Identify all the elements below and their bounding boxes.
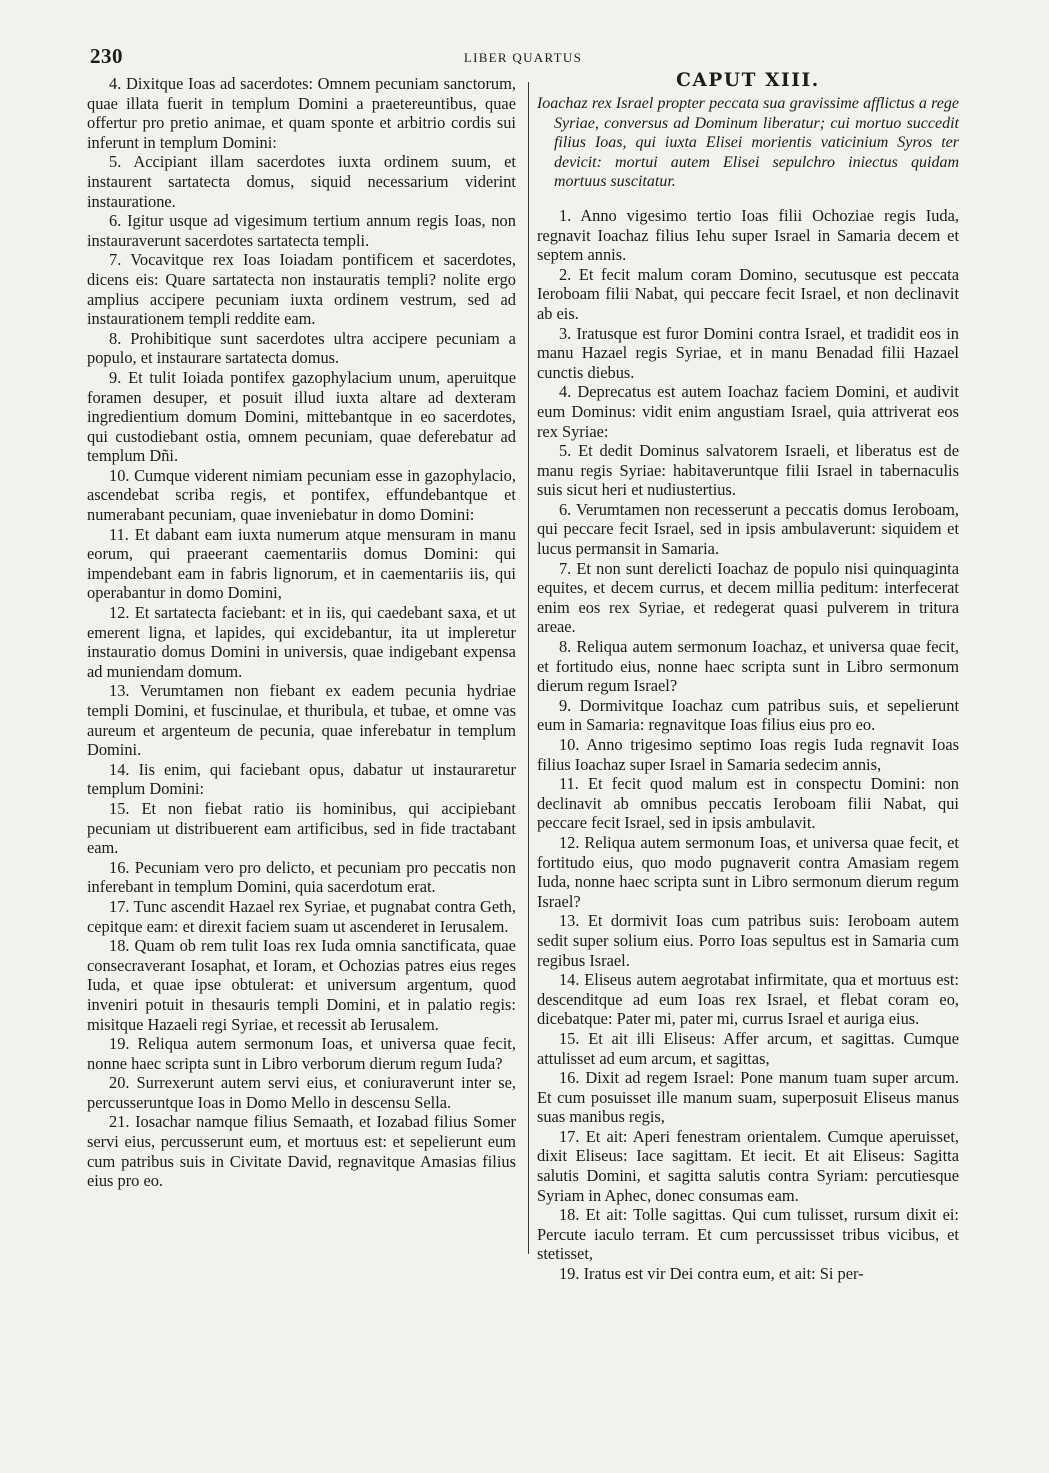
verse-text: Reliqua autem sermonum Ioachaz, et unive… <box>537 637 959 695</box>
verse-number: 3. <box>559 324 571 343</box>
verse: 7. Vocavitque rex Ioas Ioiadam pontifice… <box>87 250 516 328</box>
verse-number: 2. <box>559 265 571 284</box>
verse-number: 8. <box>109 329 121 348</box>
verse-number: 6. <box>109 211 121 230</box>
verse: 5. Accipiant illam sacerdotes iuxta ordi… <box>87 152 516 211</box>
verse-number: 16. <box>559 1068 580 1087</box>
verse-text: Iis enim, qui faciebant opus, dabatur ut… <box>87 760 516 799</box>
verse-text: Accipiant illam sacerdotes iuxta ordinem… <box>87 152 516 210</box>
verse: 10. Cumque viderent nimiam pecuniam esse… <box>87 466 516 525</box>
verse: 12. Reliqua autem sermonum Ioas, et univ… <box>537 833 959 911</box>
verse-text: Verumtamen non fiebant ex eadem pecunia … <box>87 681 516 759</box>
verse-number: 6. <box>559 500 571 519</box>
verse: 13. Verumtamen non fiebant ex eadem pecu… <box>87 681 516 759</box>
verse-text: Reliqua autem sermonum Ioas, et universa… <box>87 1034 516 1073</box>
verse: 2. Et fecit malum coram Domino, secutusq… <box>537 265 959 324</box>
verse-number: 1. <box>559 206 571 225</box>
verse-text: Quam ob rem tulit Ioas rex Iuda omnia sa… <box>87 936 516 1033</box>
verse: 18. Quam ob rem tulit Ioas rex Iuda omni… <box>87 936 516 1034</box>
verse-number: 13. <box>109 681 130 700</box>
verse-number: 18. <box>559 1205 580 1224</box>
verse-text: Reliqua autem sermonum Ioas, et universa… <box>537 833 959 911</box>
verse-text: Iratus est vir Dei contra eum, et ait: S… <box>584 1264 864 1283</box>
book-page: 230 LIBER QUARTUS 4. Dixitque Ioas ad sa… <box>87 44 959 1284</box>
verse: 11. Et fecit quod malum est in conspectu… <box>537 774 959 833</box>
verse-text: Anno vigesimo tertio Ioas filii Ochoziae… <box>537 206 959 264</box>
verse-number: 13. <box>559 911 580 930</box>
verse: 5. Et dedit Dominus salvatorem Israeli, … <box>537 441 959 500</box>
verse-number: 15. <box>559 1029 580 1048</box>
running-head: LIBER QUARTUS <box>87 50 959 66</box>
verse-number: 16. <box>109 858 130 877</box>
chapter-title: CAPUT XIII. <box>537 70 959 91</box>
verse-text: Et non sunt derelicti Ioachaz de populo … <box>537 559 959 637</box>
verse-text: Et ait illi Eliseus: Affer arcum, et sag… <box>537 1029 959 1068</box>
verse: 6. Igitur usque ad vigesimum tertium ann… <box>87 211 516 250</box>
verse: 13. Et dormivit Ioas cum patribus suis: … <box>537 911 959 970</box>
verse-number: 10. <box>559 735 580 754</box>
verse-number: 7. <box>559 559 571 578</box>
verse: 8. Reliqua autem sermonum Ioachaz, et un… <box>537 637 959 696</box>
verse-text: Dixit ad regem Israel: Pone manum tuam s… <box>537 1068 959 1126</box>
verse-text: Prohibitique sunt sacerdotes ultra accip… <box>87 329 516 368</box>
verse-text: Dixitque Ioas ad sacerdotes: Omnem pecun… <box>87 74 516 152</box>
verse-number: 11. <box>109 525 129 544</box>
verse-text: Et tulit Ioiada pontifex gazophylacium u… <box>87 368 516 465</box>
verse: 19. Reliqua autem sermonum Ioas, et univ… <box>87 1034 516 1073</box>
verse-number: 4. <box>109 74 121 93</box>
verse-text: Eliseus autem aegrotabat infirmitate, qu… <box>537 970 959 1028</box>
column-divider <box>528 82 529 1254</box>
verse: 15. Et non fiebat ratio iis hominibus, q… <box>87 799 516 858</box>
verse: 9. Dormivitque Ioachaz cum patribus suis… <box>537 696 959 735</box>
verse-text: Et fecit malum coram Domino, secutusque … <box>537 265 959 323</box>
verse-number: 9. <box>559 696 571 715</box>
verse-number: 11. <box>559 774 579 793</box>
verse: 21. Iosachar namque filius Semaath, et I… <box>87 1112 516 1190</box>
verse: 17. Tunc ascendit Hazael rex Syriae, et … <box>87 897 516 936</box>
verse: 16. Pecuniam vero pro delicto, et pecuni… <box>87 858 516 897</box>
verse-number: 19. <box>109 1034 130 1053</box>
verse-number: 5. <box>109 152 121 171</box>
left-column: 4. Dixitque Ioas ad sacerdotes: Omnem pe… <box>87 74 522 1284</box>
verse-text: Et dabant eam iuxta numerum atque mensur… <box>87 525 516 603</box>
verse-text: Pecuniam vero pro delicto, et pecuniam p… <box>87 858 516 897</box>
verse-number: 18. <box>109 936 130 955</box>
verse: 6. Verumtamen non recesserunt a peccatis… <box>537 500 959 559</box>
verse: 8. Prohibitique sunt sacerdotes ultra ac… <box>87 329 516 368</box>
verse-text: Anno trigesimo septimo Ioas regis Iuda r… <box>537 735 959 774</box>
verse-number: 10. <box>109 466 130 485</box>
verse: 4. Deprecatus est autem Ioachaz faciem D… <box>537 382 959 441</box>
verse-number: 14. <box>109 760 130 779</box>
verse-number: 17. <box>559 1127 580 1146</box>
verse-text: Et dedit Dominus salvatorem Israeli, et … <box>537 441 959 499</box>
verse-text: Et sartatecta faciebant: et in iis, qui … <box>87 603 516 681</box>
verse: 16. Dixit ad regem Israel: Pone manum tu… <box>537 1068 959 1127</box>
verse: 12. Et sartatecta faciebant: et in iis, … <box>87 603 516 681</box>
verse-text: Dormivitque Ioachaz cum patribus suis, e… <box>537 696 959 735</box>
verse-number: 4. <box>559 382 571 401</box>
verse-number: 20. <box>109 1073 130 1092</box>
two-column-body: 4. Dixitque Ioas ad sacerdotes: Omnem pe… <box>87 74 959 1284</box>
verse-number: 17. <box>109 897 130 916</box>
verse-number: 21. <box>109 1112 130 1131</box>
verse: 11. Et dabant eam iuxta numerum atque me… <box>87 525 516 603</box>
verse-number: 15. <box>109 799 130 818</box>
verse: 19. Iratus est vir Dei contra eum, et ai… <box>537 1264 959 1284</box>
verse-number: 12. <box>109 603 130 622</box>
verse-text: Vocavitque rex Ioas Ioiadam pontificem e… <box>87 250 516 328</box>
right-column: CAPUT XIII. Ioachaz rex Israel propter p… <box>537 74 959 1284</box>
verse: 15. Et ait illi Eliseus: Affer arcum, et… <box>537 1029 959 1068</box>
verse: 18. Et ait: Tolle sagittas. Qui cum tuli… <box>537 1205 959 1264</box>
verse-text: Verumtamen non recesserunt a peccatis do… <box>537 500 959 558</box>
verse-number: 9. <box>109 368 121 387</box>
verse-text: Iratusque est furor Domini contra Israel… <box>537 324 959 382</box>
verse-text: Et ait: Aperi fenestram orientalem. Cumq… <box>537 1127 959 1205</box>
verse-text: Et dormivit Ioas cum patribus suis: Iero… <box>537 911 959 969</box>
right-verses: 1. Anno vigesimo tertio Ioas filii Ochoz… <box>537 206 959 1284</box>
verse: 3. Iratusque est furor Domini contra Isr… <box>537 324 959 383</box>
verse-text: Iosachar namque filius Semaath, et Iozab… <box>87 1112 516 1190</box>
verse: 4. Dixitque Ioas ad sacerdotes: Omnem pe… <box>87 74 516 152</box>
verse: 14. Iis enim, qui faciebant opus, dabatu… <box>87 760 516 799</box>
verse-number: 12. <box>559 833 580 852</box>
verse: 10. Anno trigesimo septimo Ioas regis Iu… <box>537 735 959 774</box>
verse-text: Surrexerunt autem servi eius, et coniura… <box>87 1073 516 1112</box>
verse-text: Et non fiebat ratio iis hominibus, qui a… <box>87 799 516 857</box>
verse-text: Tunc ascendit Hazael rex Syriae, et pugn… <box>87 897 516 936</box>
verse: 9. Et tulit Ioiada pontifex gazophylaciu… <box>87 368 516 466</box>
verse-number: 7. <box>109 250 121 269</box>
verse: 14. Eliseus autem aegrotabat infirmitate… <box>537 970 959 1029</box>
verse: 7. Et non sunt derelicti Ioachaz de popu… <box>537 559 959 637</box>
verse-text: Et fecit quod malum est in conspectu Dom… <box>537 774 959 832</box>
verse: 20. Surrexerunt autem servi eius, et con… <box>87 1073 516 1112</box>
verse-number: 14. <box>559 970 580 989</box>
verse: 1. Anno vigesimo tertio Ioas filii Ochoz… <box>537 206 959 265</box>
verse-text: Et ait: Tolle sagittas. Qui cum tulisset… <box>537 1205 959 1263</box>
verse-text: Deprecatus est autem Ioachaz faciem Domi… <box>537 382 959 440</box>
verse-number: 5. <box>559 441 571 460</box>
chapter-summary: Ioachaz rex Israel propter peccata sua g… <box>537 94 959 192</box>
verse: 17. Et ait: Aperi fenestram orientalem. … <box>537 1127 959 1205</box>
verse-text: Igitur usque ad vigesimum tertium annum … <box>87 211 516 250</box>
verse-text: Cumque viderent nimiam pecuniam esse in … <box>87 466 516 524</box>
verse-number: 8. <box>559 637 571 656</box>
verse-number: 19. <box>559 1264 580 1283</box>
